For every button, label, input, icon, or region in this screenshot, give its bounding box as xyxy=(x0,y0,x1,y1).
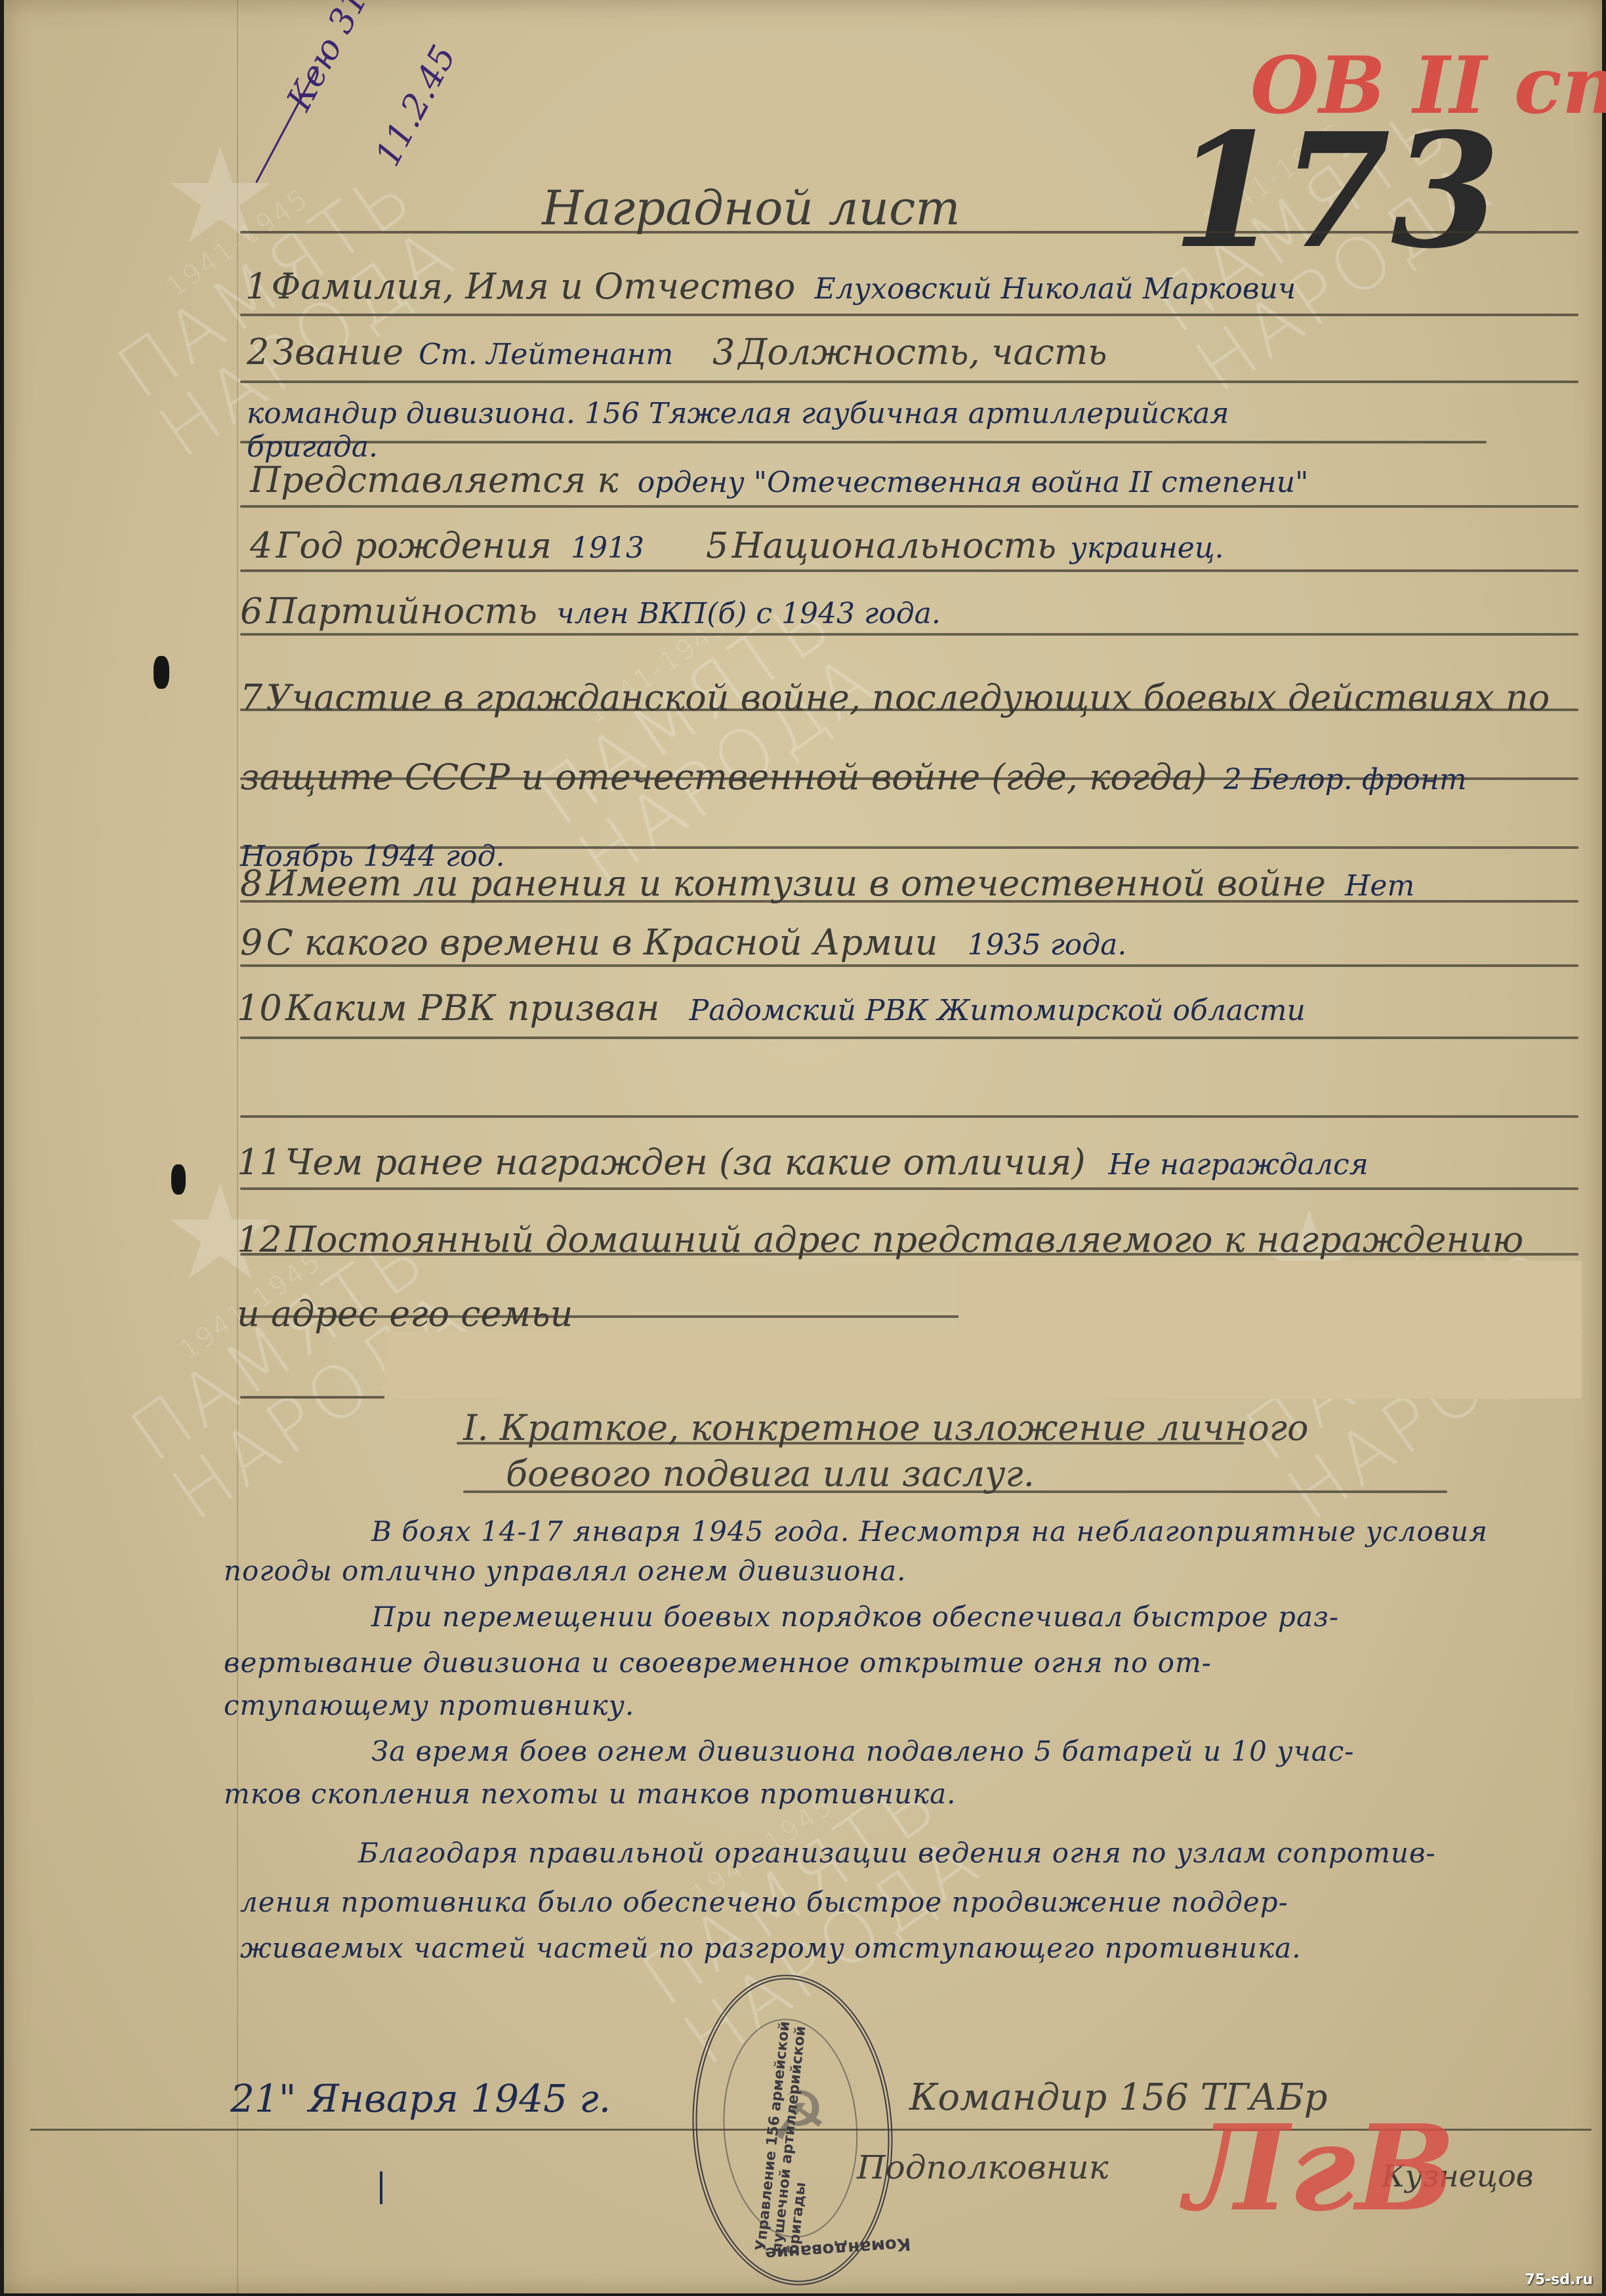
signing-date: 21" Января 1945 г. xyxy=(230,2076,611,2121)
narrative-line: ступающему противнику. xyxy=(224,1689,634,1721)
registry-date: 11.2.45 xyxy=(368,39,464,173)
ruled-line xyxy=(240,633,1578,636)
field-4-birth-year: 4 Год рождения 1913 xyxy=(250,525,644,566)
ruled-line xyxy=(240,1115,1578,1118)
narrative-line: погоды отлично управлял огнем дивизиона. xyxy=(224,1555,906,1587)
field-3-value: командир дивизиона. 156 Тяжелая гаубична… xyxy=(247,397,1362,464)
sheet-number: 173 xyxy=(1172,98,1500,283)
ruled-line xyxy=(240,314,1578,316)
ruled-line xyxy=(240,380,1578,383)
site-badge: 75-sd.ru xyxy=(1525,2272,1593,2288)
field-10-draft-office: 10 Каким РВК призван Радомский РВК Житом… xyxy=(237,987,1306,1029)
redacted-address xyxy=(384,1332,962,1399)
narrative-line: За время боев огнем дивизиона подавлено … xyxy=(371,1735,1355,1767)
field-8-wounds: 8 Имеет ли ранения и контузии в отечеств… xyxy=(240,863,1414,904)
ruled-line xyxy=(240,505,1578,508)
section-heading-cont: боевого подвига или заслуг. xyxy=(506,1453,1035,1494)
section-heading: I. Краткое, конкретное изложение личного xyxy=(463,1407,1309,1448)
field-6-party: 6 Партийность член ВКП(б) с 1943 года. xyxy=(240,590,941,632)
narrative-line: тков скопления пехоты и танков противник… xyxy=(224,1778,957,1810)
field-3-position: 3 Должность, часть xyxy=(712,331,1107,373)
red-signature: ЛгВ xyxy=(1185,2099,1456,2238)
ruled-line xyxy=(240,1187,1578,1190)
field-2-rank: 2 Звание Ст. Лейтенант xyxy=(247,331,673,373)
signatory-rank: Подполковник xyxy=(857,2148,1109,2186)
narrative-line: При перемещении боевых порядков обеспечи… xyxy=(371,1601,1339,1633)
field-9-service-since: 9 С какого времени в Красной Армии 1935 … xyxy=(240,922,1126,963)
ruled-line xyxy=(240,569,1578,572)
coat-of-arms-icon: ☭ xyxy=(766,2075,831,2156)
field-5-nationality: 5 Национальность украинец. xyxy=(706,525,1224,566)
registry-number: Кею 311 xyxy=(279,0,386,117)
ruled-line xyxy=(240,231,1578,234)
document-title: Наградной лист xyxy=(542,180,960,236)
narrative-line: живаемых частей частей по разгрому отсту… xyxy=(240,1932,1302,1964)
binding-hole xyxy=(171,1164,186,1195)
field-presented-for: Представляется к ордену "Отечественная в… xyxy=(250,459,1308,501)
narrative-line: Благодаря правильной организации ведения… xyxy=(358,1837,1436,1869)
narrative-line: вертывание дивизиона и своевременное отк… xyxy=(224,1647,1212,1679)
field-11-previous-awards: 11 Чем ранее награжден (за какие отличия… xyxy=(237,1141,1369,1183)
redacted-address xyxy=(958,1261,1582,1399)
ruled-line xyxy=(240,964,1578,967)
narrative-line: ления противника было обеспечено быстрое… xyxy=(240,1886,1288,1918)
ruled-line xyxy=(240,1036,1578,1039)
field-1-full-name: 1 Фамилия, Имя и Отчество Елуховский Ник… xyxy=(245,266,1296,307)
ink-mark xyxy=(380,2171,382,2204)
award-sheet-page: ★ 1941-1945ПАМЯТЬНАРОДА 1941-1945ПАМЯТЬН… xyxy=(4,0,1602,2293)
narrative-line: В боях 14-17 января 1945 года. Несмотря … xyxy=(371,1515,1488,1548)
binding-hole xyxy=(154,656,169,689)
